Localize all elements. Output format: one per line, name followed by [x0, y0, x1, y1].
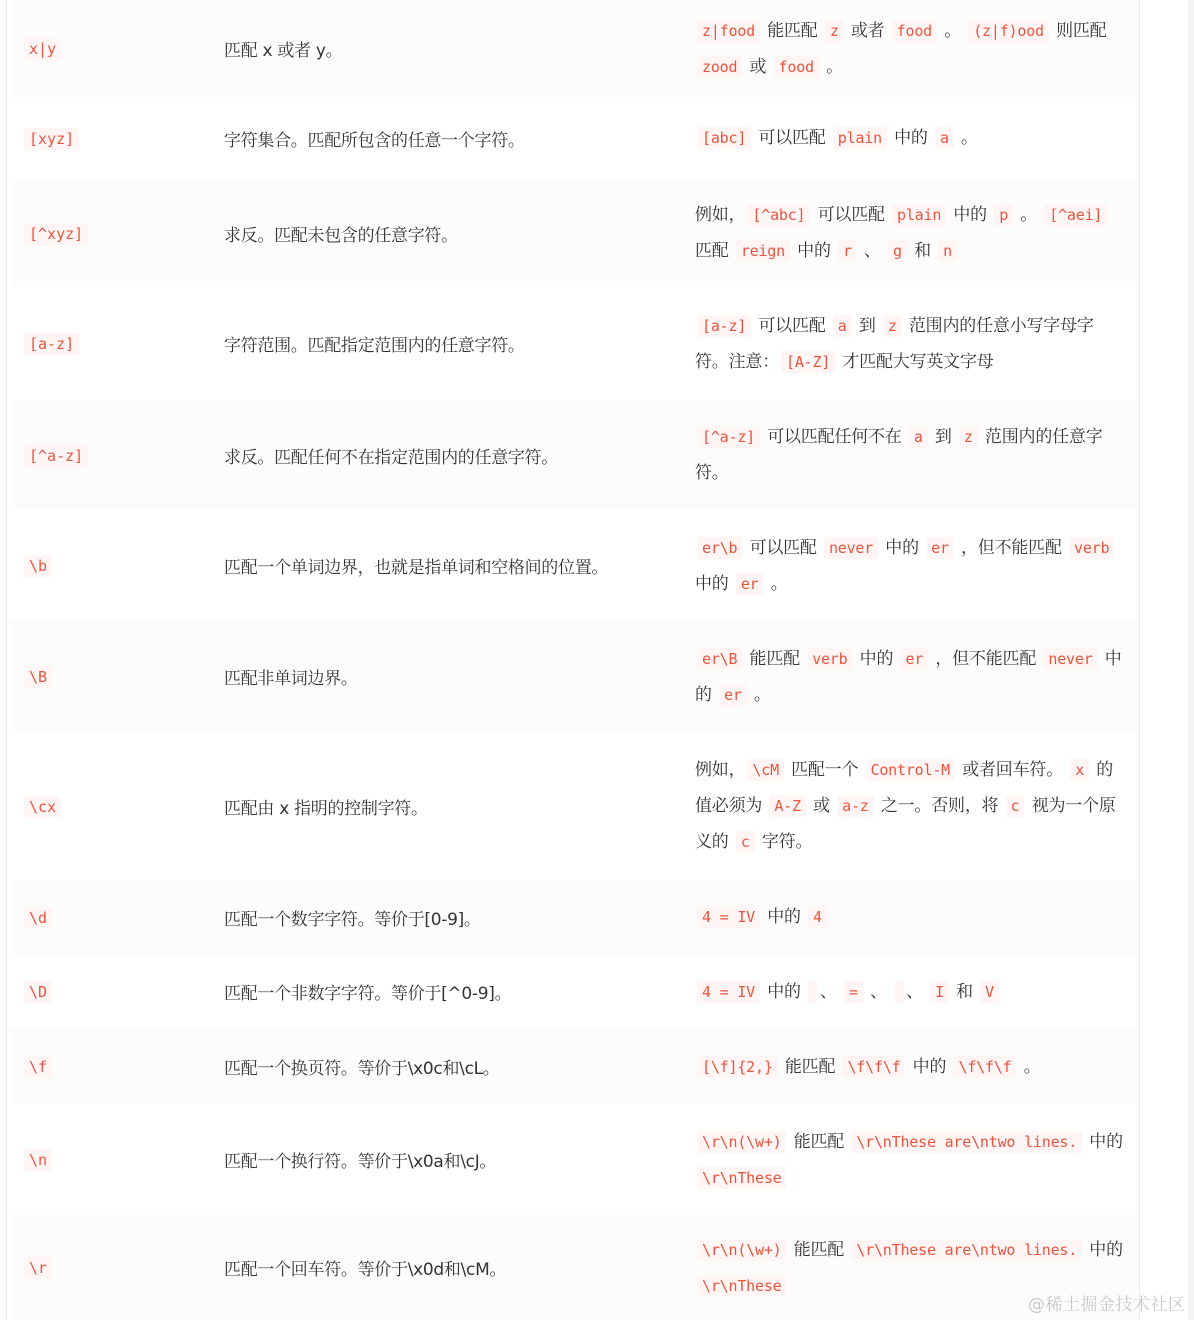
- example-code: \cM: [747, 759, 784, 781]
- example-code: 4 = IV: [697, 906, 760, 928]
- table-row: [a-z]字符范围。匹配指定范围内的任意字符。[a-z] 可以匹配 a 到 z …: [10, 287, 1136, 400]
- example-code: p: [994, 204, 1013, 226]
- pattern-code: \r: [24, 1257, 52, 1279]
- example-text: 字符。: [757, 832, 813, 852]
- example-code: food: [892, 20, 937, 42]
- example-text: 。: [956, 128, 978, 148]
- example-text: 才匹配大写英文字母: [837, 352, 993, 372]
- example-code: z: [883, 315, 902, 337]
- example-text: 可以匹配: [753, 128, 831, 148]
- example-text: 中的: [948, 205, 992, 225]
- example-code: 4 = IV: [697, 981, 760, 1003]
- example-text: 和: [951, 982, 978, 1002]
- pattern-cell: [a-z]: [10, 334, 208, 353]
- pattern-code: \B: [24, 666, 52, 688]
- example-code: c: [736, 831, 755, 853]
- example-cell: [a-z] 可以匹配 a 到 z 范围内的任意小写字母字符。注意：[A-Z] 才…: [680, 308, 1136, 380]
- example-cell: 4 = IV 中的 4: [680, 899, 1136, 935]
- example-code: a: [909, 426, 928, 448]
- pattern-code: \b: [24, 555, 52, 577]
- example-code: [abc]: [697, 127, 751, 149]
- example-text: 中的: [907, 1057, 951, 1077]
- description-cell: 匹配一个换行符。等价于\x0a和\cJ。: [208, 1147, 680, 1172]
- example-text: 中的: [854, 649, 898, 669]
- example-code: a: [935, 127, 954, 149]
- example-code: 4: [808, 906, 827, 928]
- example-code: V: [980, 981, 999, 1003]
- example-code: x: [1070, 759, 1089, 781]
- example-text: 到: [854, 316, 881, 336]
- example-code: \r\nThese are\ntwo lines.: [851, 1131, 1082, 1153]
- pattern-cell: x|y: [10, 39, 208, 58]
- example-text: ，但不能匹配: [930, 649, 1041, 669]
- description-cell: 字符集合。匹配所包含的任意一个字符。: [208, 126, 680, 151]
- watermark: @稀土掘金技术社区: [1028, 1290, 1186, 1315]
- table-row: \b匹配一个单词边界，也就是指单词和空格间的位置。er\b 可以匹配 never…: [10, 510, 1136, 621]
- example-cell: 例如，\cM 匹配一个 Control-M 或者回车符。 x 的值必须为 A-Z…: [680, 752, 1136, 860]
- example-code: Control-M: [866, 759, 955, 781]
- example-text: 中的: [1084, 1240, 1123, 1260]
- example-text: 能匹配: [744, 649, 805, 669]
- example-text: 。: [939, 21, 966, 41]
- example-text: 匹配一个: [786, 760, 864, 780]
- description-cell: 字符范围。匹配指定范围内的任意字符。: [208, 331, 680, 356]
- example-code: =: [844, 981, 863, 1003]
- pattern-code: [xyz]: [24, 128, 79, 150]
- example-code: er\b: [697, 537, 742, 559]
- example-code: \f\f\f: [953, 1056, 1016, 1078]
- example-code: (z|f)ood: [968, 20, 1049, 42]
- example-code: \f\f\f: [842, 1056, 905, 1078]
- example-code: c: [1006, 795, 1025, 817]
- example-text: 或: [808, 796, 835, 816]
- example-text: 。: [749, 685, 771, 705]
- table-row: [xyz]字符集合。匹配所包含的任意一个字符。[abc] 可以匹配 plain …: [10, 97, 1136, 179]
- example-text: 。: [765, 574, 787, 594]
- example-text: 则匹配: [1051, 21, 1107, 41]
- example-code: r: [838, 240, 857, 262]
- example-code: [A-Z]: [781, 351, 835, 373]
- example-text: 、: [820, 982, 842, 1002]
- example-text: 之一。否则，将: [876, 796, 1004, 816]
- table-row: \f匹配一个换页符。等价于\x0c和\cL。[\f]{2,} 能匹配 \f\f\…: [10, 1029, 1136, 1104]
- table-row: \B匹配非单词边界。er\B 能匹配 verb 中的 er ，但不能匹配 nev…: [10, 621, 1136, 732]
- example-code: \r\nThese are\ntwo lines.: [851, 1239, 1082, 1261]
- example-text: 能匹配: [788, 1240, 849, 1260]
- description-cell: 匹配 x 或者 y。: [208, 36, 680, 61]
- example-code: plain: [833, 127, 887, 149]
- table-row: x|y匹配 x 或者 y。z|food 能匹配 z 或者 food 。 (z|f…: [10, 0, 1136, 97]
- example-code: a: [833, 315, 852, 337]
- example-text: 、: [906, 982, 928, 1002]
- pattern-code: [^a-z]: [24, 445, 88, 467]
- description-cell: 求反。匹配未包含的任意字符。: [208, 221, 680, 246]
- example-code: a-z: [837, 795, 874, 817]
- table-row: \n匹配一个换行符。等价于\x0a和\cJ。\r\n(\w+) 能匹配 \r\n…: [10, 1104, 1136, 1215]
- example-code: g: [888, 240, 907, 262]
- example-code: zood: [697, 56, 742, 78]
- pattern-code: \D: [24, 981, 52, 1003]
- example-text: 例如，: [695, 760, 745, 780]
- example-code: food: [774, 56, 819, 78]
- example-text: 例如，: [695, 205, 745, 225]
- example-code: [\f]{2,}: [697, 1056, 778, 1078]
- example-text: 能匹配: [788, 1132, 849, 1152]
- example-text: 或者: [846, 21, 890, 41]
- table-row: \r匹配一个回车符。等价于\x0d和\cM。\r\n(\w+) 能匹配 \r\n…: [10, 1215, 1136, 1320]
- example-code: A-Z: [769, 795, 806, 817]
- example-code: never: [824, 537, 878, 559]
- example-cell: z|food 能匹配 z 或者 food 。 (z|f)ood 则匹配 zood…: [680, 13, 1136, 85]
- example-code: verb: [807, 648, 852, 670]
- example-code: verb: [1069, 537, 1114, 559]
- description-cell: 匹配一个换页符。等价于\x0c和\cL。: [208, 1054, 680, 1079]
- right-border-line: [1139, 0, 1140, 1320]
- example-code: [a-z]: [697, 315, 751, 337]
- pattern-cell: \B: [10, 667, 208, 686]
- example-code: er: [719, 684, 747, 706]
- example-code: [^aei]: [1044, 204, 1107, 226]
- pattern-code: \n: [24, 1149, 52, 1171]
- example-text: 中的: [889, 128, 933, 148]
- example-code: [^a-z]: [697, 426, 760, 448]
- example-cell: 例如，[^abc] 可以匹配 plain 中的 p 。 [^aei] 匹配 re…: [680, 197, 1136, 269]
- example-code: plain: [892, 204, 946, 226]
- example-text: ，但不能匹配: [956, 538, 1067, 558]
- example-cell: [\f]{2,} 能匹配 \f\f\f 中的 \f\f\f 。: [680, 1049, 1136, 1085]
- pattern-cell: [xyz]: [10, 129, 208, 148]
- pattern-code: \cx: [24, 796, 61, 818]
- pattern-cell: \cx: [10, 797, 208, 816]
- description-cell: 匹配一个非数字字符。等价于[^0-9]。: [208, 979, 680, 1004]
- example-text: 中的: [695, 574, 734, 594]
- example-cell: [^a-z] 可以匹配任何不在 a 到 z 范围内的任意字符。: [680, 419, 1136, 491]
- example-text: 可以匹配任何不在: [762, 427, 907, 447]
- example-cell: er\B 能匹配 verb 中的 er ，但不能匹配 never 中的 er 。: [680, 641, 1136, 713]
- example-code: reign: [736, 240, 790, 262]
- example-text: 、: [859, 241, 886, 261]
- example-code: er: [900, 648, 928, 670]
- example-code: [894, 981, 904, 1003]
- pattern-code: [^xyz]: [24, 223, 88, 245]
- example-text: 可以匹配: [744, 538, 822, 558]
- example-code: n: [938, 240, 957, 262]
- example-text: 匹配: [695, 241, 734, 261]
- example-cell: er\b 可以匹配 never 中的 er ，但不能匹配 verb 中的 er …: [680, 530, 1136, 602]
- example-text: 或: [744, 57, 771, 77]
- example-cell: 4 = IV 中的 、 = 、 、 I 和 V: [680, 974, 1136, 1010]
- example-code: z|food: [697, 20, 760, 42]
- regex-reference-table: x|y匹配 x 或者 y。z|food 能匹配 z 或者 food 。 (z|f…: [10, 0, 1136, 1320]
- example-code: \r\n(\w+): [697, 1239, 786, 1261]
- description-cell: 匹配由 x 指明的控制字符。: [208, 794, 680, 819]
- example-text: 能匹配: [780, 1057, 841, 1077]
- description-cell: 匹配一个单词边界，也就是指单词和空格间的位置。: [208, 553, 680, 578]
- example-code: never: [1043, 648, 1097, 670]
- table-row: \D匹配一个非数字字符。等价于[^0-9]。4 = IV 中的 、 = 、 、 …: [10, 954, 1136, 1029]
- example-code: er: [926, 537, 954, 559]
- pattern-code: [a-z]: [24, 333, 79, 355]
- example-text: 。: [1015, 205, 1042, 225]
- description-cell: 求反。匹配任何不在指定范围内的任意字符。: [208, 443, 680, 468]
- example-text: 。: [821, 57, 843, 77]
- example-text: 可以匹配: [812, 205, 890, 225]
- example-code: \r\n(\w+): [697, 1131, 786, 1153]
- example-text: 中的: [762, 907, 806, 927]
- scrollbar-track[interactable]: [1188, 0, 1194, 1320]
- example-code: \r\nThese: [697, 1275, 786, 1297]
- example-text: 到: [930, 427, 957, 447]
- example-text: 可以匹配: [753, 316, 831, 336]
- pattern-code: x|y: [24, 38, 61, 60]
- example-text: 中的: [1084, 1132, 1123, 1152]
- table-row: \d匹配一个数字字符。等价于[0-9]。4 = IV 中的 4: [10, 880, 1136, 954]
- example-text: 中的: [762, 982, 806, 1002]
- example-code: er\B: [697, 648, 742, 670]
- pattern-cell: [^xyz]: [10, 224, 208, 243]
- example-code: er: [736, 573, 764, 595]
- pattern-cell: \b: [10, 556, 208, 575]
- example-cell: [abc] 可以匹配 plain 中的 a 。: [680, 120, 1136, 156]
- example-code: z: [959, 426, 978, 448]
- pattern-cell: \r: [10, 1258, 208, 1277]
- table-row: \cx匹配由 x 指明的控制字符。例如，\cM 匹配一个 Control-M 或…: [10, 732, 1136, 880]
- example-text: 能匹配: [762, 21, 823, 41]
- pattern-cell: [^a-z]: [10, 446, 208, 465]
- table-row: [^a-z]求反。匹配任何不在指定范围内的任意字符。[^a-z] 可以匹配任何不…: [10, 400, 1136, 510]
- table-row: [^xyz]求反。匹配未包含的任意字符。例如，[^abc] 可以匹配 plain…: [10, 179, 1136, 287]
- example-code: I: [930, 981, 949, 1003]
- example-code: z: [825, 20, 844, 42]
- pattern-cell: \n: [10, 1150, 208, 1169]
- example-code: [^abc]: [747, 204, 810, 226]
- example-code: [808, 981, 818, 1003]
- example-text: 或者回车符。: [957, 760, 1068, 780]
- pattern-cell: \d: [10, 908, 208, 927]
- description-cell: 匹配一个回车符。等价于\x0d和\cM。: [208, 1255, 680, 1280]
- example-cell: \r\n(\w+) 能匹配 \r\nThese are\ntwo lines. …: [680, 1124, 1136, 1196]
- example-text: 。: [1018, 1057, 1040, 1077]
- left-border-line: [6, 0, 7, 1320]
- example-text: 中的: [880, 538, 924, 558]
- description-cell: 匹配非单词边界。: [208, 664, 680, 689]
- example-code: \r\nThese: [697, 1167, 786, 1189]
- example-text: 中的: [792, 241, 836, 261]
- description-cell: 匹配一个数字字符。等价于[0-9]。: [208, 905, 680, 930]
- pattern-cell: \D: [10, 982, 208, 1001]
- pattern-cell: \f: [10, 1057, 208, 1076]
- pattern-code: \f: [24, 1056, 52, 1078]
- example-text: 和: [909, 241, 936, 261]
- example-text: 、: [865, 982, 892, 1002]
- pattern-code: \d: [24, 907, 52, 929]
